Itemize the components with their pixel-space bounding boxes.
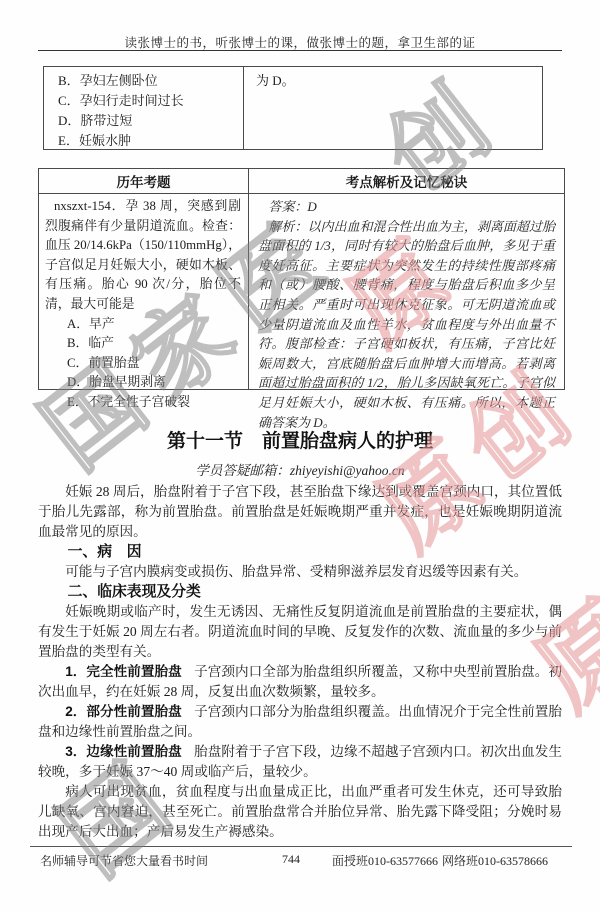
- question-option: C．孕妇行走时间过长: [58, 91, 237, 111]
- section-title: 第十一节 前置胎盘病人的护理: [0, 426, 600, 453]
- item-marginal-previa: 3．边缘性前置胎盘胎盘附着于子宫下段，边缘不超越子宫颈内口。初次出血发生较晚，多…: [38, 742, 562, 782]
- answer-note-cell: 为 D。: [244, 67, 542, 149]
- header-rule: [38, 50, 562, 51]
- footer-phone-online: 网络班010-63578666: [442, 852, 548, 869]
- exam-analysis-cell: 答案：D 解析：以内出血和混合性出血为主，剥离面超过胎盘面积的 1/3，同时有较…: [249, 194, 564, 389]
- document-page: 读张博士的书，听张博士的课，做张博士的题，拿卫生部的证 B．孕妇左侧卧位 C．孕…: [0, 0, 600, 912]
- page-number: 744: [282, 852, 300, 867]
- final-paragraph: 病人可出现贫血，贫血程度与出血量成正比，出血严重者可发生休克，还可导致胎儿缺氧、…: [38, 782, 562, 842]
- footer-rule: [30, 846, 572, 847]
- exam-option: B．临产: [45, 334, 241, 354]
- question-options-cell: B．孕妇左侧卧位 C．孕妇行走时间过长 D．脐带过短 E．妊娠水肿: [44, 67, 244, 149]
- exam-question-stem: nxszxt-154．孕 38 周，突感到剧烈腹痛伴有少量阴道流血。检查：血压 …: [45, 197, 241, 315]
- exam-option: C．前置胎盘: [45, 354, 241, 374]
- question-option: D．脐带过短: [58, 111, 237, 131]
- item2-label: 2．部分性前置胎盘: [65, 704, 182, 719]
- intro-paragraph: 妊娠 28 周后，胎盘附着于子宫下段，甚至胎盘下缘达到或覆盖宫颈内口，其位置低于…: [38, 482, 562, 542]
- clinical-paragraph: 妊娠晚期或临产时，发生无诱因、无痛性反复阴道流血是前置胎盘的主要症状，偶有发生于…: [38, 602, 562, 662]
- exam-table-header-questions: 历年考题: [39, 169, 249, 193]
- footer-tagline: 名师辅导可节省您大量看书时间: [40, 852, 208, 869]
- page-header-slogan: 读张博士的书，听张博士的课，做张博士的题，拿卫生部的证: [0, 33, 600, 51]
- page-footer: 名师辅导可节省您大量看书时间 744 面授班010-63577666 网络班01…: [0, 846, 600, 876]
- heading-clinical: 二、临床表现及分类: [38, 582, 562, 602]
- question-option: E．妊娠水肿: [58, 131, 237, 151]
- exam-question-cell: nxszxt-154．孕 38 周，突感到剧烈腹痛伴有少量阴道流血。检查：血压 …: [39, 194, 249, 389]
- exam-option: E．不完全性子宫破裂: [45, 393, 241, 413]
- item-complete-previa: 1．完全性前置胎盘子宫颈内口全部为胎盘组织所覆盖，又称中央型前置胎盘。初次出血早…: [38, 662, 562, 702]
- item3-label: 3．边缘性前置胎盘: [65, 744, 182, 759]
- section-body: 妊娠 28 周后，胎盘附着于子宫下段，甚至胎盘下缘达到或覆盖宫颈内口，其位置低于…: [38, 482, 562, 842]
- footer-phone-onsite: 面授班010-63577666: [332, 852, 438, 869]
- cause-paragraph: 可能与子宫内膜病变或损伤、胎盘异常、受精卵滋养层发育迟缓等因素有关。: [38, 562, 562, 582]
- analysis-text: 解析：以内出血和混合性出血为主，剥离面超过胎盘面积的 1/3，同时有较大的胎盘后…: [258, 217, 555, 433]
- support-email-line: 学员答疑邮箱：zhiyeyishi@yahoo.cn: [0, 459, 600, 479]
- exam-option: D．胎盘早期剥离: [45, 373, 241, 393]
- item-partial-previa: 2．部分性前置胎盘子宫颈内口部分为胎盘组织覆盖。出血情况介于完全性前置胎盘和边缘…: [38, 702, 562, 742]
- exam-table: 历年考题 考点解析及记忆秘诀 nxszxt-154．孕 38 周，突感到剧烈腹痛…: [38, 168, 565, 390]
- exam-table-header-analysis: 考点解析及记忆秘诀: [249, 169, 564, 193]
- exam-table-body: nxszxt-154．孕 38 周，突感到剧烈腹痛伴有少量阴道流血。检查：血压 …: [39, 194, 564, 389]
- heading-cause: 一、病 因: [38, 542, 562, 562]
- question-option: B．孕妇左侧卧位: [58, 71, 237, 91]
- answer-note: 为 D。: [256, 71, 532, 91]
- exam-table-header-row: 历年考题 考点解析及记忆秘诀: [39, 169, 564, 194]
- analysis-answer: 答案：D: [258, 197, 555, 217]
- item1-label: 1．完全性前置胎盘: [65, 664, 182, 679]
- answer-continuation-table: B．孕妇左侧卧位 C．孕妇行走时间过长 D．脐带过短 E．妊娠水肿 为 D。: [43, 66, 543, 150]
- exam-option: A．早产: [45, 315, 241, 335]
